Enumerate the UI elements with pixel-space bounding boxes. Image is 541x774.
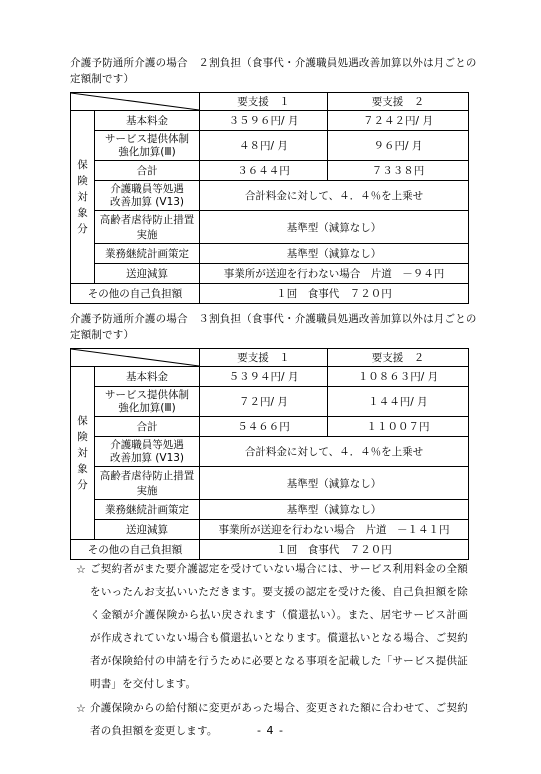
document-page: 介護予防通所介護の場合 ２割負担（食事代・介護職員処遇改善加算以外は月ごとの定額…: [0, 0, 541, 774]
side-label-insurance-covered: 保険対象分: [71, 367, 95, 540]
row-label-basic-fee: 基本料金: [95, 111, 200, 131]
diagonal-header-cell: [71, 93, 200, 111]
notes-section: ☆ ご契約者がまた要介護認定を受けていない場合には、サービス利用料金の全額をいっ…: [76, 558, 474, 744]
cell-business-continuity-plan: 基準型（減算なし）: [200, 500, 469, 520]
page-number: - 4 -: [0, 724, 541, 737]
column-header-support-level-2: 要支援 ２: [328, 349, 469, 367]
diagonal-header-cell: [71, 349, 200, 367]
cell-basic-fee-level2: ７２４２円/ 月: [328, 111, 469, 131]
cell-service-addition-level2: ９６円/ 月: [328, 131, 469, 161]
cell-treatment-improvement: 合計料金に対して、４．４％を上乗せ: [200, 181, 469, 211]
cell-basic-fee-level1: ３５９６円/ 月: [200, 111, 328, 131]
cell-transport-deduction: 事業所が送迎を行わない場合 片道 －１４１円: [200, 520, 469, 540]
cell-service-addition-level1: ４８円/ 月: [200, 131, 328, 161]
column-header-support-level-1: 要支援 １: [200, 349, 328, 367]
cell-transport-deduction: 事業所が送迎を行わない場合 片道 －９４円: [200, 264, 469, 284]
row-label-basic-fee: 基本料金: [95, 367, 200, 387]
side-label-insurance-covered: 保険対象分: [71, 111, 95, 284]
row-label-transport-deduction: 送迎減算: [95, 520, 200, 540]
cell-abuse-prevention: 基準型（減算なし）: [200, 467, 469, 500]
cell-other-self-pay: １回 食事代 ７２０円: [200, 540, 469, 560]
row-label-service-system-addition: サービス提供体制 強化加算(Ⅲ): [95, 131, 200, 161]
row-label-transport-deduction: 送迎減算: [95, 264, 200, 284]
diagonal-line: [71, 349, 199, 366]
cell-total-level1: ３６４４円: [200, 161, 328, 181]
row-label-service-system-addition: サービス提供体制 強化加算(Ⅲ): [95, 387, 200, 417]
note-item-reimbursement: ☆ ご契約者がまた要介護認定を受けていない場合には、サービス利用料金の全額をいっ…: [76, 558, 474, 696]
cell-other-self-pay: １回 食事代 ７２０円: [200, 284, 469, 304]
row-label-treatment-improvement-addition: 介護職員等処遇 改善加算 (V13): [95, 181, 200, 211]
cell-total-level1: ５４６６円: [200, 417, 328, 437]
cell-business-continuity-plan: 基準型（減算なし）: [200, 244, 469, 264]
star-bullet-icon: ☆: [76, 558, 90, 696]
cell-basic-fee-level2: １０８６３円/ 月: [328, 367, 469, 387]
cell-abuse-prevention: 基準型（減算なし）: [200, 211, 469, 244]
row-label-total: 合計: [95, 417, 200, 437]
section-30-percent: 介護予防通所介護の場合 ３割負担（食事代・介護職員処遇改善加算以外は月ごとの定額…: [70, 311, 472, 560]
cell-total-level2: ７３３８円: [328, 161, 469, 181]
fee-table-30-percent: 要支援 １ 要支援 ２ 保険対象分 基本料金 ５３９４円/ 月 １０８６３円/ …: [70, 348, 469, 560]
row-label-other-self-pay: その他の自己負担額: [71, 284, 200, 304]
cell-treatment-improvement: 合計料金に対して、４．４％を上乗せ: [200, 437, 469, 467]
cell-service-addition-level1: ７２円/ 月: [200, 387, 328, 417]
diagonal-line: [71, 93, 199, 110]
fee-table-20-percent: 要支援 １ 要支援 ２ 保険対象分 基本料金 ３５９６円/ 月 ７２４２円/ 月…: [70, 92, 469, 304]
row-label-treatment-improvement-addition: 介護職員等処遇 改善加算 (V13): [95, 437, 200, 467]
note-text-reimbursement: ご契約者がまた要介護認定を受けていない場合には、サービス利用料金の全額をいったん…: [90, 558, 468, 696]
row-label-abuse-prevention: 高齢者虐待防止措置実施: [95, 211, 200, 244]
row-label-abuse-prevention: 高齢者虐待防止措置実施: [95, 467, 200, 500]
cell-total-level2: １１００７円: [328, 417, 469, 437]
cell-service-addition-level2: １４４円/ 月: [328, 387, 469, 417]
table-title-20-percent: 介護予防通所介護の場合 ２割負担（食事代・介護職員処遇改善加算以外は月ごとの定額…: [70, 55, 480, 87]
section-20-percent: 介護予防通所介護の場合 ２割負担（食事代・介護職員処遇改善加算以外は月ごとの定額…: [70, 55, 472, 304]
row-label-business-continuity-plan: 業務継続計画策定: [95, 500, 200, 520]
column-header-support-level-2: 要支援 ２: [328, 93, 469, 111]
column-header-support-level-1: 要支援 １: [200, 93, 328, 111]
table-title-30-percent: 介護予防通所介護の場合 ３割負担（食事代・介護職員処遇改善加算以外は月ごとの定額…: [70, 311, 480, 343]
cell-basic-fee-level1: ５３９４円/ 月: [200, 367, 328, 387]
row-label-total: 合計: [95, 161, 200, 181]
row-label-other-self-pay: その他の自己負担額: [71, 540, 200, 560]
row-label-business-continuity-plan: 業務継続計画策定: [95, 244, 200, 264]
